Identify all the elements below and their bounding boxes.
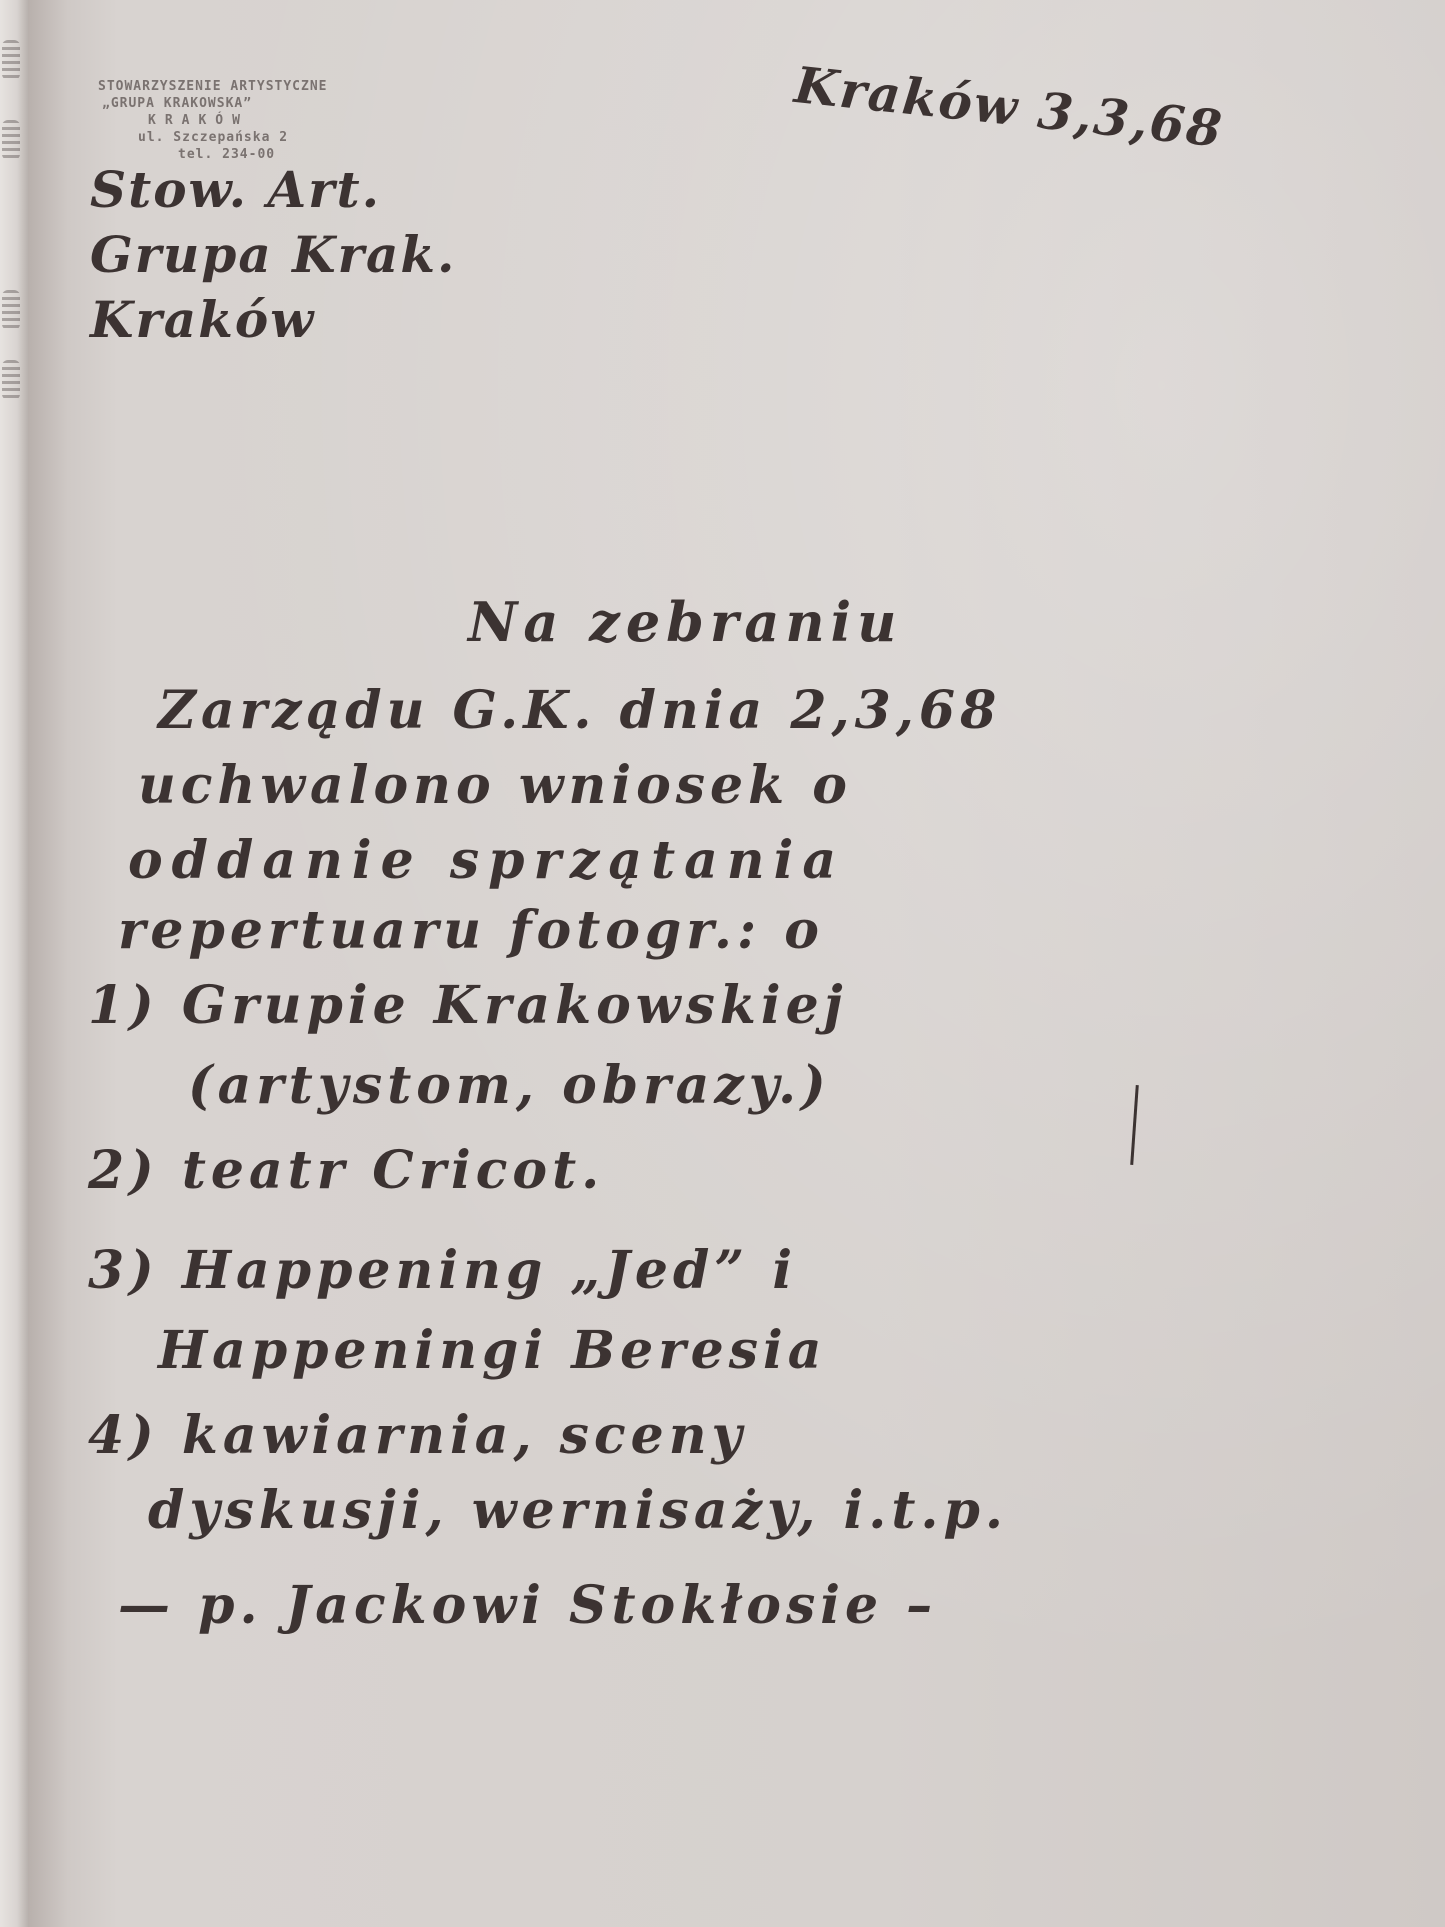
list-item: 3) Happening „Jed” i: [88, 1240, 797, 1301]
letter-title: Na zebraniu: [468, 590, 902, 654]
list-item: 1) Grupie Krakowskiej: [88, 975, 848, 1036]
body-line: oddanie sprzątania: [128, 830, 845, 891]
stamp-line: ul. Szczepańska 2: [98, 129, 428, 146]
letter-page: STOWARZYSZENIE ARTYSTYCZNE „GRUPA KRAKOW…: [28, 0, 1445, 1927]
organization-stamp: STOWARZYSZENIE ARTYSTYCZNE „GRUPA KRAKOW…: [98, 78, 428, 163]
list-item-continuation: (artystom, obrazy.): [188, 1055, 831, 1116]
body-line: uchwalono wniosek o: [138, 755, 852, 816]
list-item: 2) teatr Cricot.: [88, 1140, 604, 1201]
stamp-line: KRAKÓW: [98, 112, 428, 129]
bleed-through-mark: [2, 360, 20, 400]
list-item: 4) kawiarnia, sceny: [88, 1405, 747, 1466]
addressee-line: Stow. Art.: [90, 160, 381, 219]
previous-page-edge: [0, 0, 29, 1927]
list-item-continuation: Happeningi Beresia: [158, 1320, 826, 1381]
addressee-line: Kraków: [90, 290, 315, 349]
bleed-through-mark: [2, 120, 20, 160]
body-line: repertuaru fotogr.: o: [118, 900, 824, 961]
stamp-line: „GRUPA KRAKOWSKA”: [98, 95, 428, 112]
stamp-line: STOWARZYSZENIE ARTYSTYCZNE: [98, 78, 428, 95]
list-item-continuation: dyskusji, wernisaży, i.t.p.: [148, 1480, 1008, 1541]
bleed-through-mark: [2, 290, 20, 330]
bleed-through-mark: [2, 40, 20, 80]
closing-line: — p. Jackowi Stokłosie –: [118, 1575, 937, 1636]
addressee-line: Grupa Krak.: [90, 225, 456, 284]
bracket-mark: [1130, 1085, 1139, 1165]
body-line: Zarządu G.K. dnia 2,3,68: [158, 680, 1001, 741]
place-and-date: Kraków 3,3,68: [792, 55, 1226, 159]
